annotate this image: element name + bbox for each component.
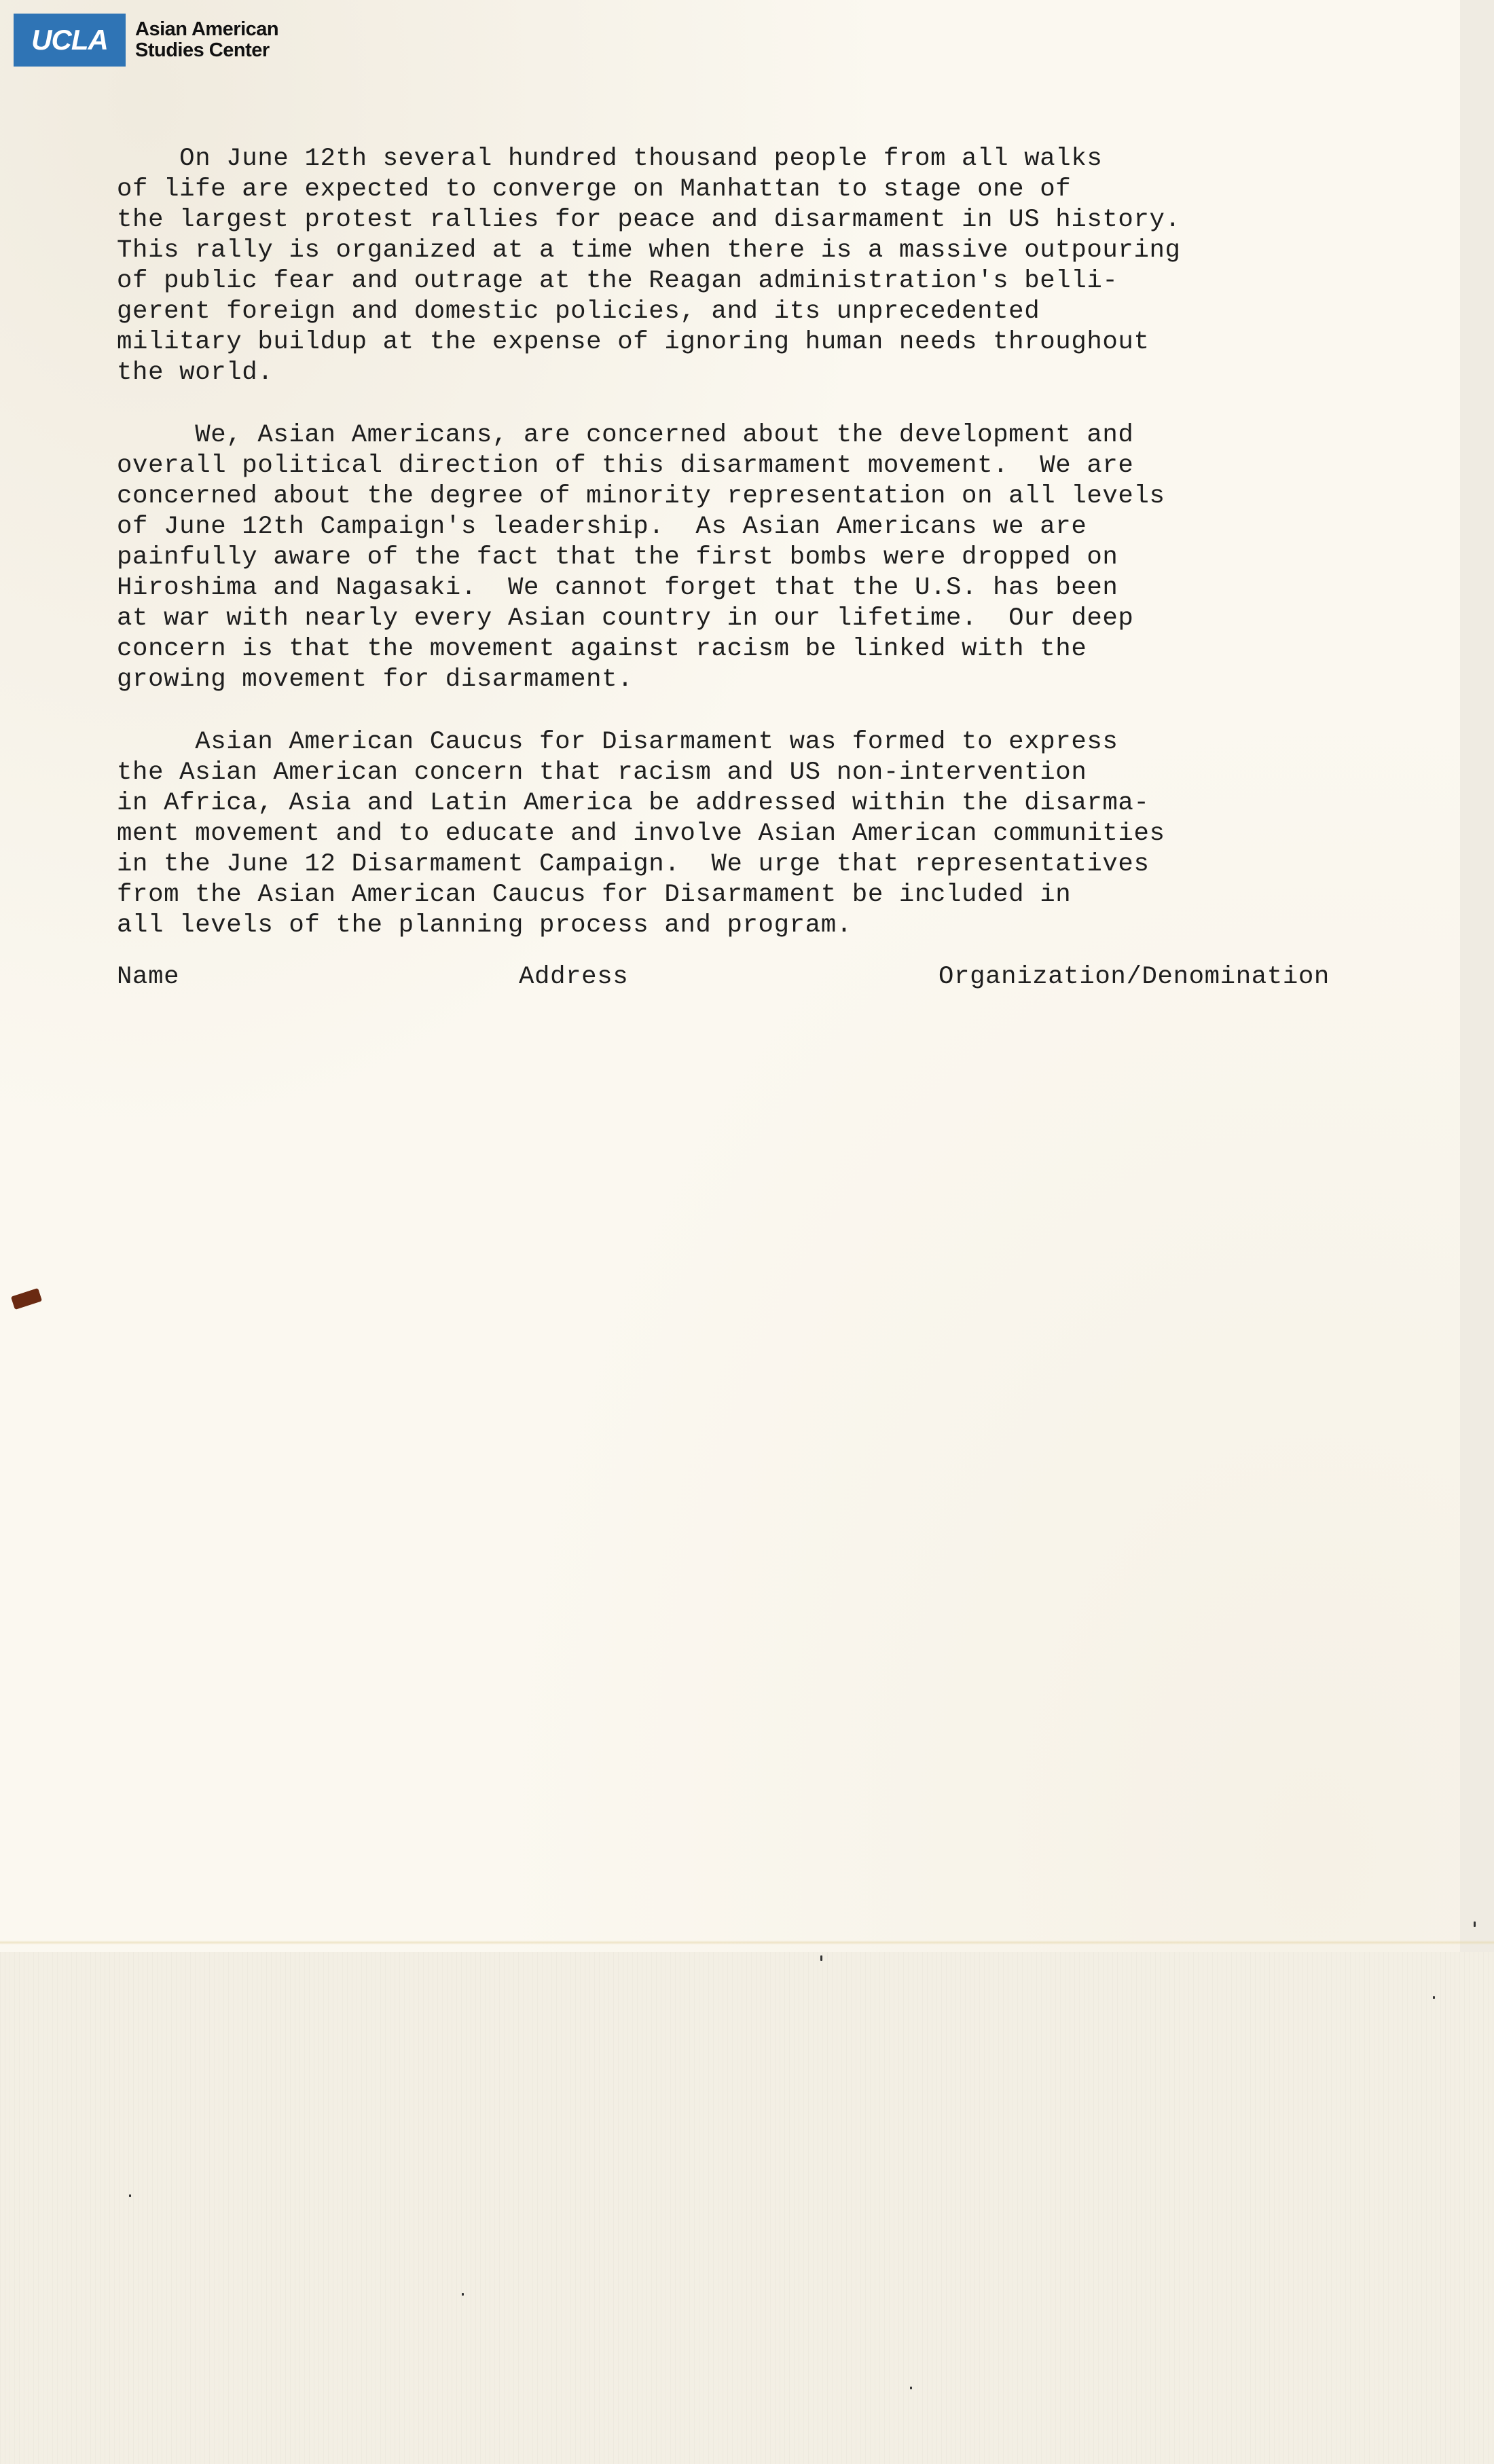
speck-mark (820, 1955, 822, 1961)
text-line: at war with nearly every Asian country i… (117, 604, 1407, 634)
text-line: growing movement for disarmament. (117, 665, 1407, 695)
ucla-logo-mark: UCLA (14, 14, 126, 67)
ucla-aasc-logo: UCLA Asian American Studies Center (14, 14, 278, 67)
paper-fold-line (0, 1941, 1494, 1945)
scan-backing (0, 1952, 1494, 2464)
speck-mark (129, 2194, 131, 2197)
text-line: the largest protest rallies for peace an… (117, 205, 1407, 236)
column-name-label: Name (117, 963, 179, 991)
paragraph-3: Asian American Caucus for Disarmament wa… (117, 727, 1407, 941)
logo-text-line2: Studies Center (135, 40, 278, 61)
text-line: Asian American Caucus for Disarmament wa… (117, 727, 1407, 758)
text-line: painfully aware of the fact that the fir… (117, 543, 1407, 573)
logo-text: Asian American Studies Center (135, 19, 278, 61)
text-line: Hiroshima and Nagasaki. We cannot forget… (117, 573, 1407, 604)
text-line: in Africa, Asia and Latin America be add… (117, 788, 1407, 819)
text-line: in the June 12 Disarmament Campaign. We … (117, 849, 1407, 880)
speck-mark (1474, 1921, 1476, 1927)
text-line: of public fear and outrage at the Reagan… (117, 266, 1407, 297)
speck-mark (910, 2387, 912, 2389)
signature-column-headers: Name Address Organization/Denomination (117, 963, 1407, 997)
text-line: This rally is organized at a time when t… (117, 236, 1407, 266)
paragraph-1: On June 12th several hundred thousand pe… (117, 144, 1407, 388)
text-line: concerned about the degree of minority r… (117, 481, 1407, 512)
text-line: all levels of the planning process and p… (117, 911, 1407, 941)
text-line: of June 12th Campaign's leadership. As A… (117, 512, 1407, 543)
column-address-label: Address (519, 963, 628, 991)
speck-mark (462, 2293, 464, 2296)
text-line: On June 12th several hundred thousand pe… (117, 144, 1407, 174)
text-line: of life are expected to converge on Manh… (117, 174, 1407, 205)
logo-text-line1: Asian American (135, 19, 278, 40)
column-organization-label: Organization/Denomination (939, 963, 1330, 991)
text-line: the world. (117, 358, 1407, 388)
text-line: gerent foreign and domestic policies, an… (117, 297, 1407, 327)
text-line: ment movement and to educate and involve… (117, 819, 1407, 849)
text-line: from the Asian American Caucus for Disar… (117, 880, 1407, 911)
text-line: overall political direction of this disa… (117, 451, 1407, 481)
text-line: military buildup at the expense of ignor… (117, 327, 1407, 358)
speck-mark (1433, 1996, 1435, 1999)
text-line: the Asian American concern that racism a… (117, 758, 1407, 788)
paragraph-2: We, Asian Americans, are concerned about… (117, 420, 1407, 695)
text-line: concern is that the movement against rac… (117, 634, 1407, 665)
document-body: On June 12th several hundred thousand pe… (117, 144, 1407, 973)
text-line: We, Asian Americans, are concerned about… (117, 420, 1407, 451)
